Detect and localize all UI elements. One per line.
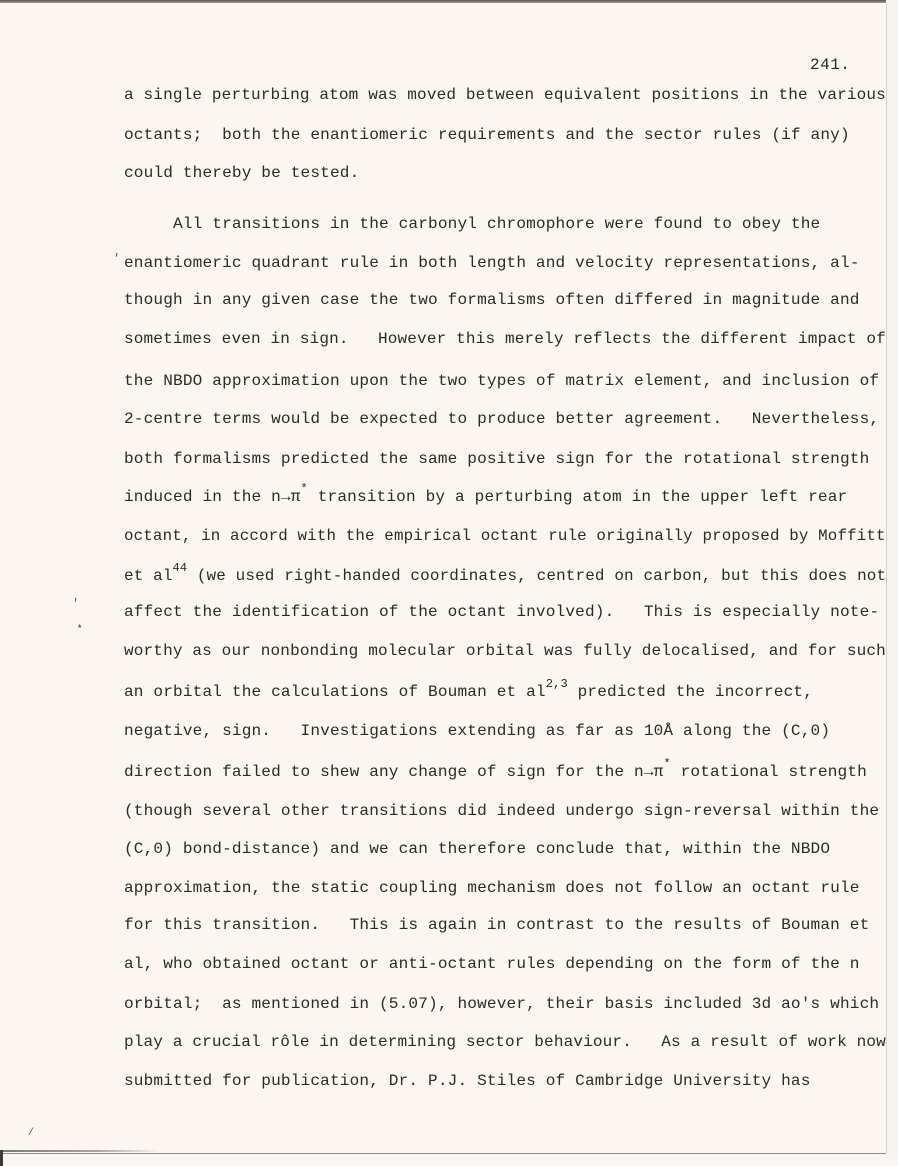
- citation-superscript: 2,3: [546, 677, 568, 691]
- page-bottom-edge: [0, 1150, 160, 1152]
- paragraph-start-line: All transitions in the carbonyl chromoph…: [124, 215, 820, 233]
- text-line: sometimes even in sign. However this mer…: [124, 330, 886, 348]
- text-line: both formalisms predicted the same posit…: [124, 450, 869, 468]
- text-line: could thereby be tested.: [124, 164, 359, 182]
- scanner-bed-right: [886, 0, 898, 1166]
- text-line: octants; both the enantiomeric requireme…: [124, 126, 850, 144]
- text-line-with-superscript: induced in the n→π* transition by a pert…: [124, 488, 847, 506]
- text-line: for this transition. This is again in co…: [124, 916, 869, 934]
- text-line: al, who obtained octant or anti-octant r…: [124, 955, 860, 973]
- line-segment: induced in the n→π: [124, 488, 301, 506]
- text-line-with-citation: an orbital the calculations of Bouman et…: [124, 683, 813, 701]
- text-line: orbital; as mentioned in (5.07), however…: [124, 995, 879, 1013]
- text-line: worthy as our nonbonding molecular orbit…: [124, 642, 886, 660]
- text-line: 2-centre terms would be expected to prod…: [124, 410, 879, 428]
- paper-speck: /: [28, 1128, 34, 1139]
- text-line: though in any given case the two formali…: [124, 291, 860, 309]
- superscript-star: *: [663, 757, 670, 771]
- scan-left-edge: [0, 1150, 3, 1166]
- text-line: (C,0) bond-distance) and we can therefor…: [124, 840, 830, 858]
- citation-superscript: 44: [173, 561, 188, 575]
- text-line: submitted for publication, Dr. P.J. Stil…: [124, 1072, 811, 1090]
- line-segment: predicted the incorrect,: [568, 683, 813, 701]
- superscript-star: *: [301, 482, 308, 496]
- line-segment: et al: [124, 567, 173, 585]
- text-line: play a crucial rôle in determining secto…: [124, 1033, 886, 1051]
- text-line-with-citation: et al44 (we used right-handed coordinate…: [124, 567, 886, 585]
- line-segment: (we used right-handed coordinates, centr…: [187, 567, 886, 585]
- text-line: affect the identification of the octant …: [124, 603, 879, 621]
- text-line: a single perturbing atom was moved betwe…: [124, 86, 886, 104]
- scanner-bed-bottom: [0, 1153, 898, 1166]
- line-segment: rotational strength: [671, 763, 867, 781]
- text-line-with-superscript: direction failed to shew any change of s…: [124, 763, 867, 781]
- text-line: negative, sign. Investigations extending…: [124, 722, 830, 740]
- text-line: (though several other transitions did in…: [124, 802, 879, 820]
- paper-speck: ': [113, 252, 120, 266]
- text-line: the NBDO approximation upon the two type…: [124, 372, 879, 390]
- line-segment: an orbital the calculations of Bouman et…: [124, 683, 546, 701]
- line-segment: transition by a perturbing atom in the u…: [308, 488, 847, 506]
- text-line: octant, in accord with the empirical oct…: [124, 527, 886, 545]
- page-number: 241.: [810, 56, 850, 74]
- paper-speck: ▴: [77, 621, 82, 631]
- text-line: approximation, the static coupling mecha…: [124, 879, 860, 897]
- paper-speck: ': [72, 597, 79, 611]
- line-segment: direction failed to shew any change of s…: [124, 763, 663, 781]
- text-line: enantiomeric quadrant rule in both lengt…: [124, 254, 860, 272]
